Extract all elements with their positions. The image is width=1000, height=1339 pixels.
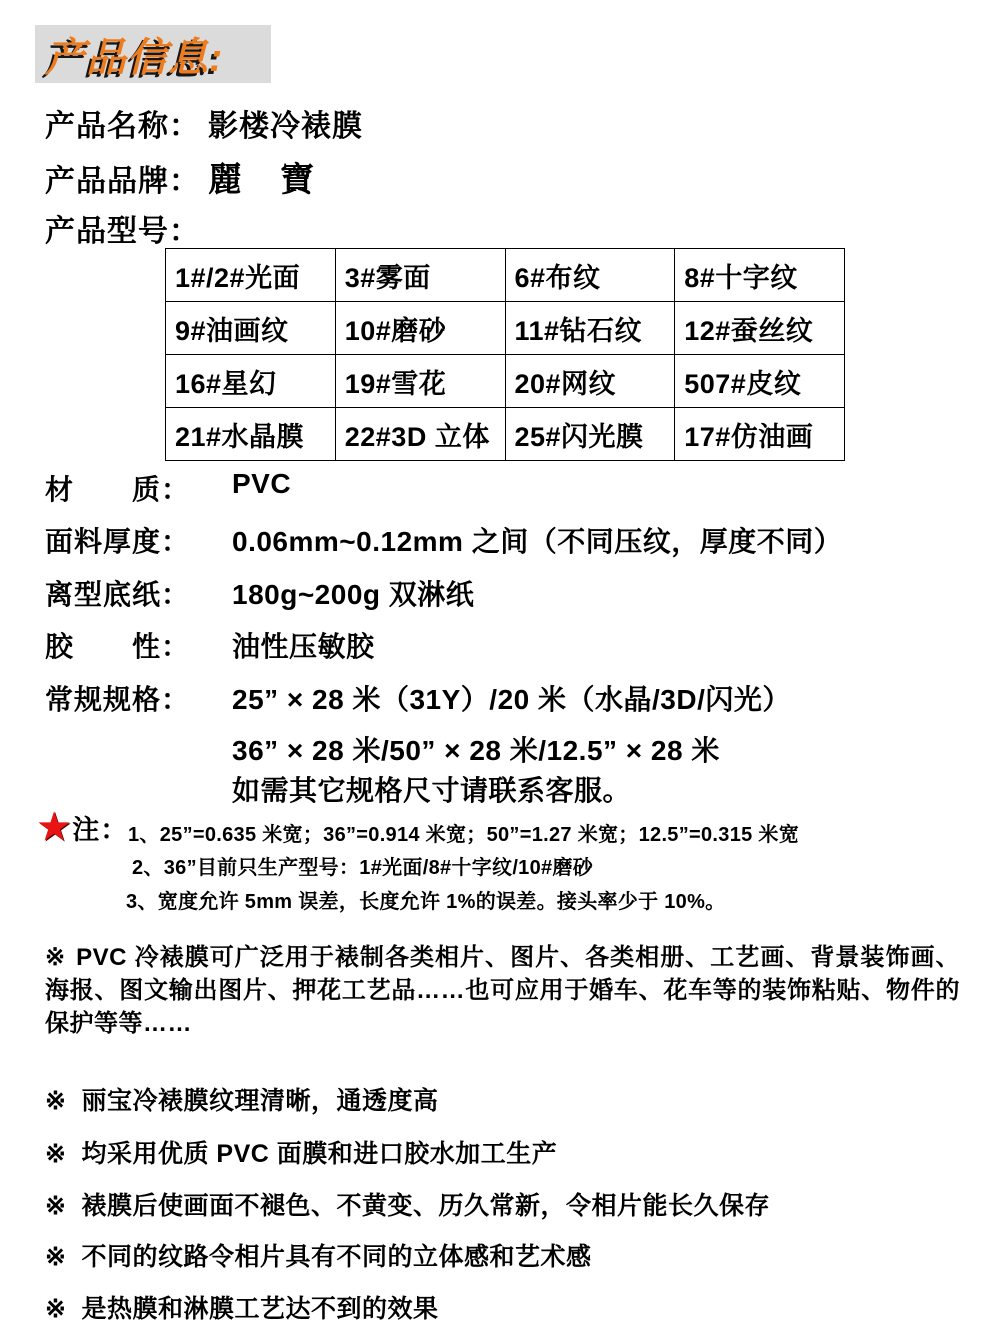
usage-paragraph: ※PVC 冷裱膜可广泛用于裱制各类相片、图片、各类相册、工艺画、背景装饰画、海报…	[45, 941, 960, 1040]
field-label: 产品名称：	[45, 110, 200, 143]
feature-item: ※ 裱膜后使画面不褪色、不黄变、历久常新，令相片能长久保存	[45, 1186, 770, 1222]
table-cell: 1#/2#光面	[166, 249, 336, 302]
feature-item: ※ 是热膜和淋膜工艺达不到的效果	[45, 1289, 438, 1325]
spec-sizes-contact-note: 如需其它规格尺寸请联系客服。	[232, 769, 631, 809]
spec-value: 0.06mm~0.12mm 之间（不同压纹，厚度不同）	[232, 520, 842, 560]
spec-label: 材 质：	[45, 468, 232, 508]
note-item: 3、宽度允许 5mm 误差，长度允许 1%的误差。接头率少于 10%。	[126, 885, 725, 914]
field-value: 影楼冷裱膜	[208, 110, 363, 143]
table-cell: 22#3D 立体	[335, 408, 505, 461]
table-cell: 9#油画纹	[166, 302, 336, 355]
feature-text: 均采用优质 PVC 面膜和进口胶水加工生产	[81, 1134, 557, 1170]
table-cell: 507#皮纹	[675, 355, 845, 408]
spec-label: 面料厚度：	[45, 520, 232, 560]
feature-text: 不同的纹路令相片具有不同的立体感和艺术感	[81, 1237, 591, 1273]
field-label: 产品型号：	[45, 215, 200, 248]
note-item: 1、25”=0.635 米宽；36”=0.914 米宽；50”=1.27 米宽；…	[128, 818, 799, 847]
table-cell: 17#仿油画	[675, 408, 845, 461]
field-product-name: 产品名称：影楼冷裱膜	[45, 101, 363, 145]
spec-release-paper: 离型底纸： 180g~200g 双淋纸	[45, 573, 474, 613]
spec-value: 180g~200g 双淋纸	[232, 573, 474, 613]
field-value: 麗 寶	[208, 161, 316, 199]
spec-label: 离型底纸：	[45, 573, 232, 613]
star-icon: ★	[38, 809, 70, 845]
spec-sizes-line2: 36” × 28 米/50” × 28 米/12.5” × 28 米	[232, 729, 720, 769]
reference-mark-icon: ※	[45, 1139, 66, 1169]
spec-value: 25” × 28 米（31Y）/20 米（水晶/3D/闪光）	[232, 678, 791, 718]
table-cell: 19#雪花	[335, 355, 505, 408]
notes-label: 注：	[72, 808, 128, 847]
usage-text: PVC 冷裱膜可广泛用于裱制各类相片、图片、各类相册、工艺画、背景装饰画、海报、…	[45, 944, 960, 1037]
reference-mark-icon: ※	[45, 1242, 66, 1272]
model-number-table: 1#/2#光面 3#雾面 6#布纹 8#十字纹 9#油画纹 10#磨砂 11#钻…	[165, 248, 845, 461]
feature-text: 丽宝冷裱膜纹理清晰，通透度高	[81, 1081, 438, 1117]
notes-header: ★ 注：	[38, 808, 128, 847]
table-cell: 21#水晶膜	[166, 408, 336, 461]
spec-value: 油性压敏胶	[232, 625, 375, 665]
spec-material: 材 质： PVC	[45, 468, 291, 508]
field-product-brand: 产品品牌：麗 寶	[45, 152, 316, 201]
spec-standard-sizes: 常规规格： 25” × 28 米（31Y）/20 米（水晶/3D/闪光）	[45, 678, 791, 718]
table-cell: 6#布纹	[505, 249, 675, 302]
table-cell: 11#钻石纹	[505, 302, 675, 355]
table-row: 21#水晶膜 22#3D 立体 25#闪光膜 17#仿油画	[166, 408, 845, 461]
spec-label: 胶 性：	[45, 625, 232, 665]
reference-mark-icon: ※	[45, 944, 66, 971]
spec-label: 常规规格：	[45, 678, 232, 718]
note-item: 2、36”目前只生产型号：1#光面/8#十字纹/10#磨砂	[132, 851, 593, 880]
table-row: 16#星幻 19#雪花 20#网纹 507#皮纹	[166, 355, 845, 408]
table-row: 1#/2#光面 3#雾面 6#布纹 8#十字纹	[166, 249, 845, 302]
spec-thickness: 面料厚度： 0.06mm~0.12mm 之间（不同压纹，厚度不同）	[45, 520, 842, 560]
table-row: 9#油画纹 10#磨砂 11#钻石纹 12#蚕丝纹	[166, 302, 845, 355]
product-info-sheet: { "title": { "text": "产品信息:", "color": "…	[0, 0, 1000, 1339]
feature-text: 裱膜后使画面不褪色、不黄变、历久常新，令相片能长久保存	[81, 1186, 770, 1222]
spec-adhesive: 胶 性： 油性压敏胶	[45, 625, 375, 665]
feature-item: ※ 不同的纹路令相片具有不同的立体感和艺术感	[45, 1237, 591, 1273]
reference-mark-icon: ※	[45, 1191, 66, 1221]
table-cell: 12#蚕丝纹	[675, 302, 845, 355]
table-cell: 8#十字纹	[675, 249, 845, 302]
table-cell: 3#雾面	[335, 249, 505, 302]
feature-item: ※ 丽宝冷裱膜纹理清晰，通透度高	[45, 1081, 438, 1117]
spec-value: PVC	[232, 468, 291, 508]
reference-mark-icon: ※	[45, 1086, 66, 1116]
table-cell: 16#星幻	[166, 355, 336, 408]
field-label: 产品品牌：	[45, 165, 200, 198]
feature-item: ※ 均采用优质 PVC 面膜和进口胶水加工生产	[45, 1134, 557, 1170]
reference-mark-icon: ※	[45, 1294, 66, 1324]
title-banner: 产品信息:	[35, 25, 271, 83]
table-cell: 20#网纹	[505, 355, 675, 408]
feature-text: 是热膜和淋膜工艺达不到的效果	[81, 1289, 438, 1325]
table-cell: 25#闪光膜	[505, 408, 675, 461]
page-title: 产品信息:	[45, 26, 223, 83]
field-product-model: 产品型号：	[45, 206, 200, 250]
table-cell: 10#磨砂	[335, 302, 505, 355]
